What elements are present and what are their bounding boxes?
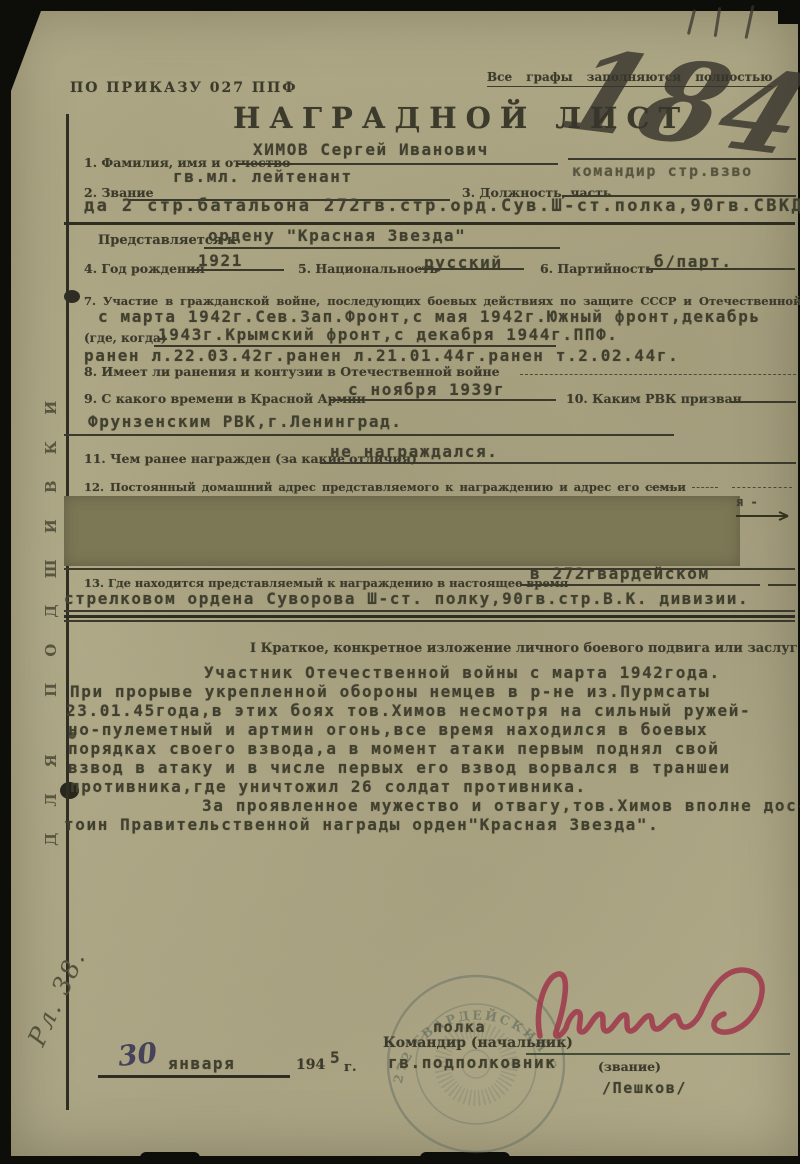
field-army-since-value: с ноября 1939г — [348, 380, 505, 399]
date-era: г. — [344, 1060, 357, 1075]
date-day-handwritten: 30 — [116, 1036, 158, 1073]
field-war-sublabel: (где, когда) — [84, 331, 167, 345]
field-current-unit-value-2: стрелковом ордена Суворова Ш-ст. полку,9… — [64, 589, 749, 608]
redaction-arrow-icon — [732, 505, 796, 523]
date-year-printed: 194 — [296, 1057, 325, 1073]
scan-edge-top — [0, 0, 800, 11]
rank-note: (звание) — [598, 1059, 661, 1074]
story-line: порядках своего взвода,а в момент атаки … — [68, 739, 720, 758]
field-position-value-2: да 2 стр.батальона 272гв.стр.орд.Сув.Ш-с… — [84, 196, 800, 216]
story-line: За проявленное мужество и отвагу,тов.Хим… — [202, 796, 800, 815]
field-rank-value: гв.мл. лейтенант — [173, 167, 353, 186]
field-wounds-value: ранен л.22.03.42г.ранен л.21.01.44г.ране… — [84, 346, 679, 365]
story-line: взвод в атаку и в числе первых его взвод… — [68, 758, 731, 777]
scan-corner-tr — [778, 0, 800, 24]
scan-corner-wedge — [11, 11, 41, 91]
redaction-block — [64, 496, 740, 566]
order-reference: ПО ПРИКАЗУ 027 ППФ — [70, 80, 298, 96]
date-year-typed: 5 — [330, 1048, 341, 1067]
story-heading: I Краткое, конкретное изложение личного … — [250, 641, 798, 656]
field-war-value-2: 1943г.Крымский фронт,с декабря 1944г.ППФ… — [158, 325, 619, 344]
field-war-value-1: с марта 1942г.Сев.Зап.Фронт,с мая 1942г.… — [98, 307, 761, 326]
date-month-typed: января — [168, 1054, 235, 1073]
commander-signature — [512, 958, 800, 1058]
scan-edge-left — [0, 0, 11, 1164]
field-address-label: 12. Постоянный домашний адрес представля… — [84, 480, 686, 494]
field-war-label: 7. Участие в гражданской войне, последую… — [84, 294, 800, 308]
field-current-unit-label: 13. Где находится представляемый к награ… — [84, 576, 568, 590]
field-party-label: 6. Партийность — [540, 261, 654, 276]
field-position-value-1: командир стр.взво — [572, 162, 753, 180]
field-wounds-label: 8. Имеет ли ранения и контузии в Отечест… — [84, 364, 500, 379]
story-line: Участник Отечественной войны с марта 194… — [204, 663, 721, 682]
story-line: тоин Правительственной награды орден"Кра… — [64, 815, 659, 834]
scan-edge-bump — [140, 1152, 200, 1164]
margin-vertical-text: ДЛЯ ПОДШИВКИ — [42, 280, 60, 846]
field-rvk-label: 10. Каким РВК призван — [566, 391, 742, 406]
field-current-unit-value-1: в 272гвардейском — [530, 564, 710, 583]
award-sheet-scan: ДЛЯ ПОДШИВКИ Рл. 38. ПО ПРИКАЗУ 027 ППФ … — [0, 0, 800, 1164]
presented-value: ордену "Красная Звезда" — [208, 226, 466, 245]
commander-unit-word: полка — [433, 1018, 486, 1036]
field-birthyear-value: 1921 — [198, 251, 243, 270]
story-line: 23.01.45года,в этих боях тов.Химов несмо… — [66, 701, 751, 720]
story-line: но-пулеметный и артмин огонь,все время н… — [68, 720, 708, 739]
field-rvk-value: Фрунзенским РВК,г.Ленинград. — [88, 412, 403, 431]
field-prev-awards-value: не награждался. — [330, 442, 499, 461]
field-birthyear-label: 4. Год рождения — [84, 261, 205, 276]
story-line: противника,где уничтожил 26 солдат проти… — [70, 777, 587, 796]
signatory-typed: /Пешков/ — [602, 1079, 687, 1097]
field-army-since-label: 9. С какого времени в Красной Армии — [84, 391, 366, 406]
story-line: При прорыве укрепленной обороны немцев в… — [70, 682, 710, 701]
